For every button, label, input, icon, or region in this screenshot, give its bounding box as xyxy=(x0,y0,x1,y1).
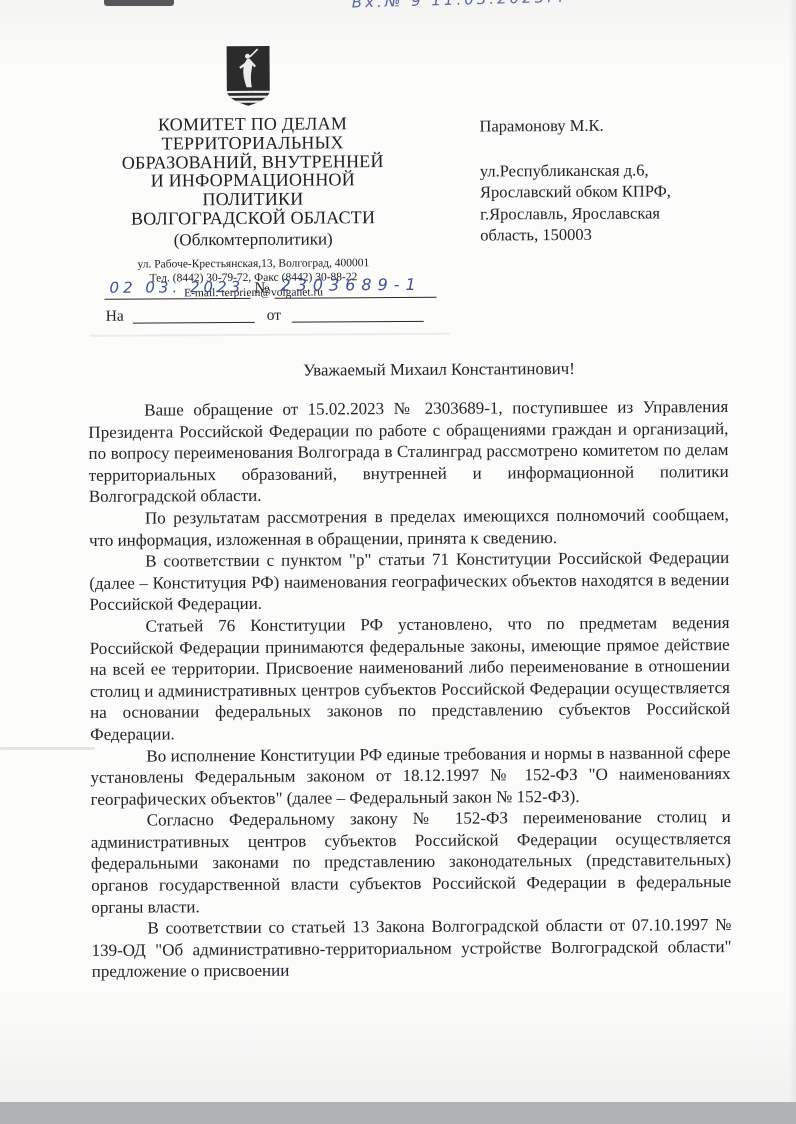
recipient-address-line: область, 150003 xyxy=(480,223,730,246)
scan-tilt-wrapper: Вх.№ 9 11.03.2023г. xyxy=(0,0,796,1102)
incoming-stamp-handwritten-note: Вх.№ 9 11.03.2023г. xyxy=(352,0,567,12)
recipient-name: Парамонову М.К. xyxy=(479,114,729,137)
body-paragraph: По результатам рассмотрения в пределах и… xyxy=(89,504,729,551)
scanner-background xyxy=(0,1102,796,1124)
body-paragraph: Во исполнение Конституции РФ единые треб… xyxy=(90,741,730,810)
recipient-address-line: ул.Республиканская д.6, xyxy=(480,158,730,181)
letter-body: Ваше обращение от 15.02.2023 № 2303689-1… xyxy=(88,396,732,983)
body-paragraph: Согласно Федеральному закону № 152-ФЗ пе… xyxy=(91,806,732,918)
body-paragraph: Статьей 76 Конституции РФ установлено, ч… xyxy=(90,612,731,745)
ot-label: от xyxy=(267,307,281,325)
salutation: Уважаемый Михаил Константинович! xyxy=(86,358,726,382)
outgoing-date-handwritten: 02 03. 2023 xyxy=(109,278,244,297)
binder-mark xyxy=(104,0,174,6)
org-name-line: И ИНФОРМАЦИОННОЙ xyxy=(79,170,427,191)
na-label: На xyxy=(106,308,124,326)
ot-blank-underline xyxy=(292,321,424,323)
scanned-letter-page: { "colors": { "handwriting_ink": "#3f4f9… xyxy=(0,0,796,1124)
org-name-line: ОБРАЗОВАНИЙ, ВНУТРЕННЕЙ xyxy=(79,151,427,172)
page-edge-shadow xyxy=(789,0,796,1102)
number-sign-label: № xyxy=(254,280,269,298)
body-paragraph: В соответствии со статьей 13 Закона Волг… xyxy=(91,914,731,983)
recipient-address-line: Ярославский обком КПРФ, xyxy=(480,180,730,203)
body-paragraph: В соответствии с пунктом "р" статьи 71 К… xyxy=(89,547,729,616)
org-short-name: (Облкомтерполитики) xyxy=(79,229,427,251)
recipient-address-line: г.Ярославль, Ярославская xyxy=(480,201,730,224)
letterhead-org-block: КОМИТЕТ ПО ДЕЛАМ ТЕРРИТОРИАЛЬНЫХ ОБРАЗОВ… xyxy=(78,114,427,301)
recipient-block: Парамонову М.К. ул.Республиканская д.6, … xyxy=(479,114,730,246)
org-name-line: ВОЛГОГРАДСКОЙ ОБЛАСТИ xyxy=(79,208,427,229)
body-paragraph: Ваше обращение от 15.02.2023 № 2303689-1… xyxy=(88,396,729,508)
org-name-line: КОМИТЕТ ПО ДЕЛАМ xyxy=(78,114,426,135)
volgograd-coat-of-arms-emblem xyxy=(224,45,272,107)
scan-artifact-streak xyxy=(90,333,450,337)
outgoing-number-handwritten: 2303689-1 xyxy=(280,275,421,295)
letter-sheet: Вх.№ 9 11.03.2023г. xyxy=(0,0,796,1102)
scan-artifact-streak xyxy=(0,747,95,750)
na-blank-underline xyxy=(133,322,255,324)
